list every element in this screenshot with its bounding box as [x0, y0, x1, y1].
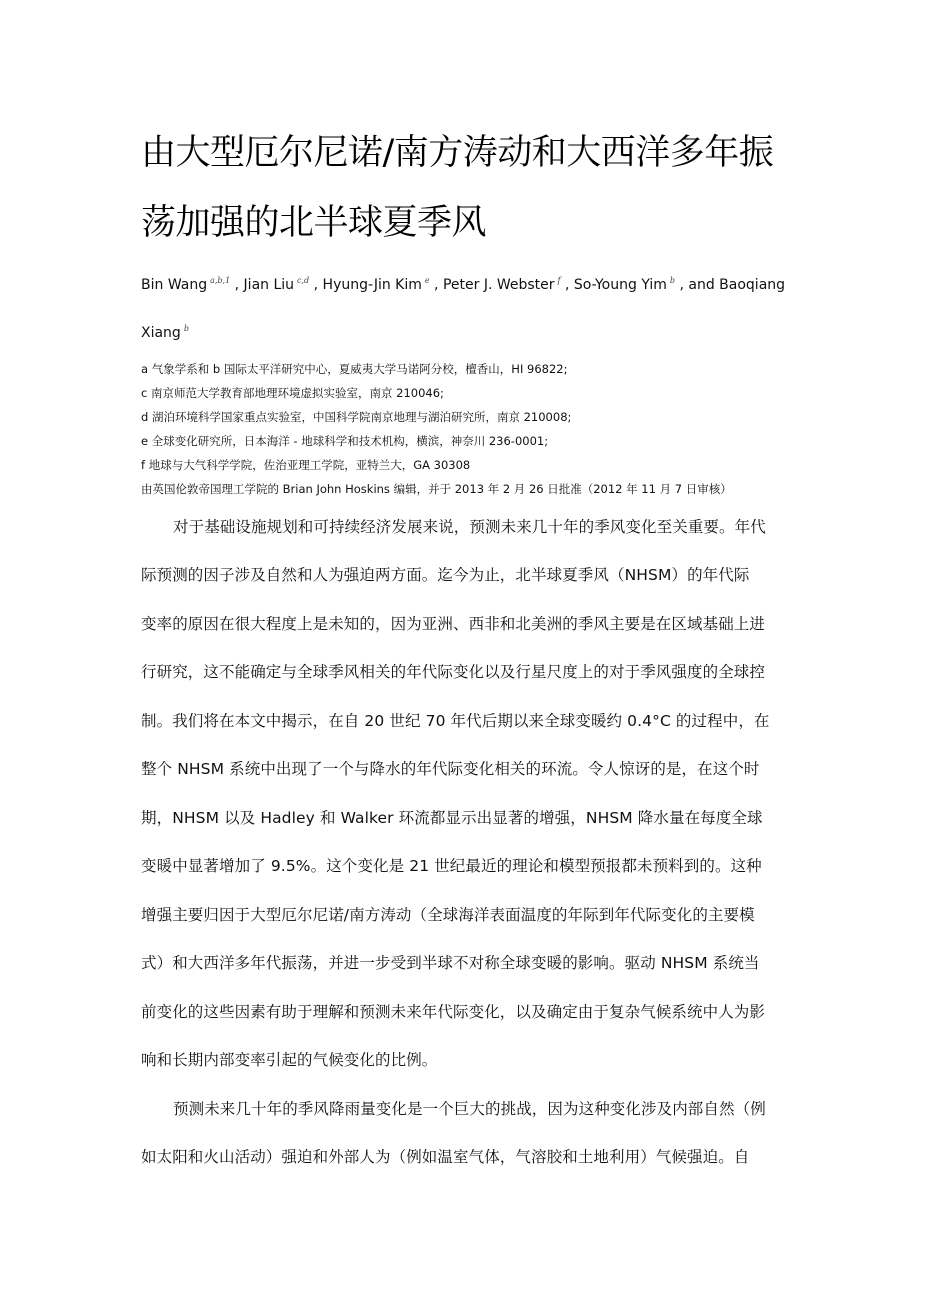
paragraph-line: 整个 NHSM 系统中出现了一个与降水的年代际变化相关的环流。令人惊讶的是，在这… — [141, 757, 760, 779]
author-affiliation-mark: b — [184, 324, 189, 333]
affiliation-d: d 湖泊环境科学国家重点实验室，中国科学院南京地理与湖泊研究所，南京 21000… — [141, 409, 571, 425]
author-name: Peter J. Webster — [443, 277, 555, 293]
author-separator: , — [309, 277, 318, 293]
paragraph-line: 增强主要归因于大型厄尔尼诺/南方涛动（全球海洋表面温度的年际到年代际变化的主要模 — [141, 903, 755, 925]
paragraph-line: 变率的原因在很大程度上是未知的，因为亚洲、西非和北美洲的季风主要是在区域基础上进 — [141, 612, 765, 634]
author-separator: , — [561, 277, 570, 293]
paragraph-line: 对于基础设施规划和可持续经济发展来说，预测未来几十年的季风变化至关重要。年代 — [141, 515, 766, 537]
author-name: Jian Liu — [244, 277, 294, 293]
paragraph-line: 行研究，这不能确定与全球季风相关的年代际变化以及行星尺度上的对于季风强度的全球控 — [141, 660, 765, 682]
paragraph-line: 预测未来几十年的季风降雨量变化是一个巨大的挑战，因为这种变化涉及内部自然（例 — [141, 1097, 766, 1119]
paper-title-line-1: 由大型厄尔尼诺/南方涛动和大西洋多年振 — [141, 136, 773, 171]
paragraph-line: 如太阳和火山活动）强迫和外部人为（例如温室气体，气溶胶和土地利用）气候强迫。自 — [141, 1145, 749, 1167]
paragraph-line: 制。我们将在本文中揭示，在自 20 世纪 70 年代后期以来全球变暖约 0.4°… — [141, 709, 770, 731]
author-name: Xiang — [141, 325, 181, 341]
author-separator: , — [430, 277, 439, 293]
author-separator: , and Baoqiang — [675, 277, 785, 293]
affiliation-f: f 地球与大气科学学院，佐治亚理工学院，亚特兰大，GA 30308 — [141, 457, 470, 473]
author-name: So-Young Yim — [574, 277, 667, 293]
paragraph-line: 变暖中显著增加了 9.5%。这个变化是 21 世纪最近的理论和模型预报都未预料到… — [141, 854, 762, 876]
affiliation-a-b: a 气象学系和 b 国际太平洋研究中心，夏威夷大学马诺阿分校，檀香山，HI 96… — [141, 361, 567, 377]
author-list-line-1: Bin Wanga,b,1 , Jian Liuc,d , Hyung-Jin … — [141, 276, 785, 293]
affiliation-c: c 南京师范大学教育部地理环境虚拟实验室，南京 210046; — [141, 385, 444, 401]
paper-title-line-2: 荡加强的北半球夏季风 — [141, 206, 486, 241]
author-list-line-2: Xiangb — [141, 324, 189, 341]
author-affiliation-mark: a,b,1 — [210, 276, 230, 285]
paragraph-line: 前变化的这些因素有助于理解和预测未来年代际变化，以及确定由于复杂气候系统中人为影 — [141, 1000, 765, 1022]
paragraph-line: 期，NHSM 以及 Hadley 和 Walker 环流都显示出显著的增强，NH… — [141, 806, 763, 828]
paragraph-line: 式）和大西洋多年代振荡，并进一步受到半球不对称全球变暖的影响。驱动 NHSM 系… — [141, 951, 760, 973]
author-name: Bin Wang — [141, 277, 207, 293]
author-affiliation-mark: c,d — [297, 276, 309, 285]
paragraph-line: 际预测的因子涉及自然和人为强迫两方面。迄今为止，北半球夏季风（NHSM）的年代际 — [141, 563, 749, 585]
affiliation-e: e 全球变化研究所，日本海洋 - 地球科学和技术机构，横滨，神奈川 236-00… — [141, 433, 548, 449]
author-name: Hyung-Jin Kim — [323, 277, 422, 293]
editor-note: 由英国伦敦帝国理工学院的 Brian John Hoskins 编辑，并于 20… — [141, 481, 732, 497]
paragraph-line: 响和长期内部变率引起的气候变化的比例。 — [141, 1048, 437, 1070]
author-separator: , — [230, 277, 239, 293]
